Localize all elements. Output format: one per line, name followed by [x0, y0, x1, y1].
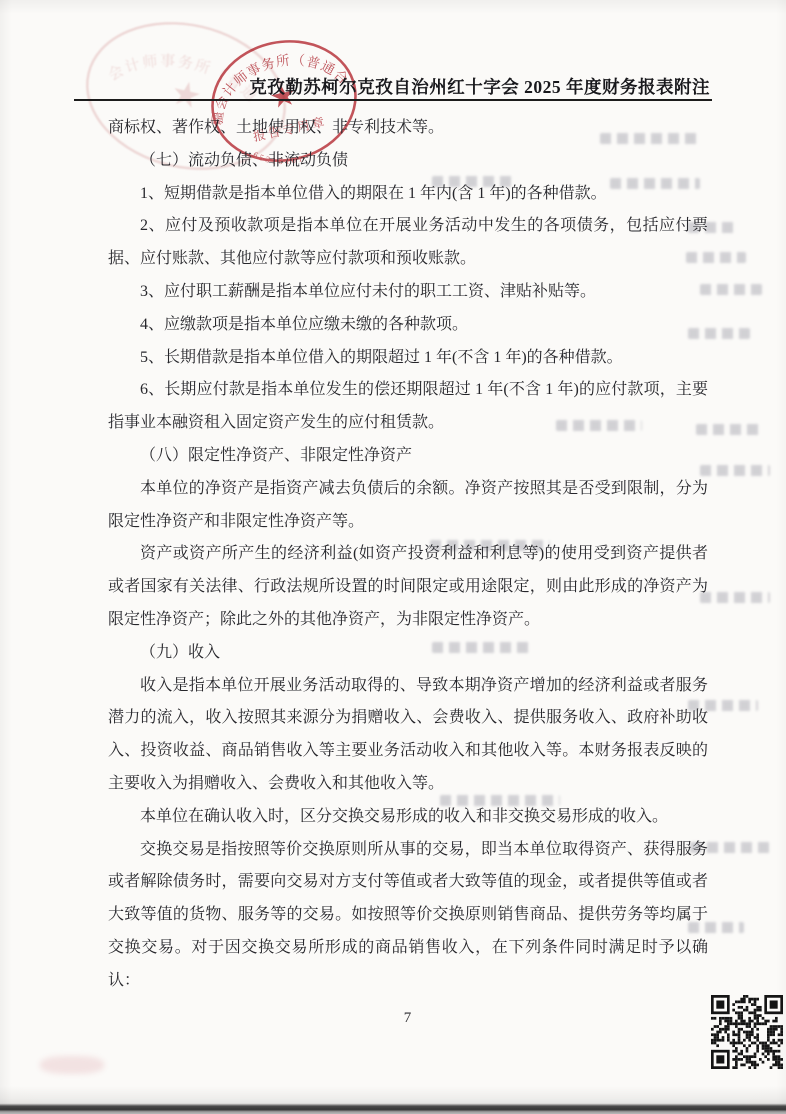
paragraph: 6、长期应付款是指本单位发生的偿还期限超过 1 年(不含 1 年)的应付款项，主… — [108, 374, 708, 440]
bleedthrough-smudge — [700, 465, 770, 476]
paragraph: 资产或资产所产生的经济利益(如资产投资利益和利息等)的使用受到资产提供者或者国家… — [108, 538, 708, 636]
bleedthrough-smudge — [700, 284, 762, 295]
document-body: 商标权、著作权、土地使用权、非专利技术等。 （七）流动负债、非流动负债 1、短期… — [108, 112, 708, 998]
star-icon: ★ — [167, 74, 205, 117]
paragraph: 4、应缴款项是指本单位应缴未缴的各种款项。 — [108, 309, 708, 342]
paragraph: 1、短期借款是指本单位借入的期限在 1 年内(含 1 年)的各种借款。 — [108, 178, 708, 211]
bleedthrough-smudge — [700, 592, 770, 603]
section-heading: （七）流动负债、非流动负债 — [108, 145, 708, 178]
paragraph: 5、长期借款是指本单位借入的期限超过 1 年(不含 1 年)的各种借款。 — [108, 342, 708, 375]
ink-smudge — [40, 1056, 104, 1074]
paragraph: 2、应付及预收款项是指本单位在开展业务活动中发生的各项债务，包括应付票据、应付账… — [108, 210, 708, 276]
paragraph: 收入是指本单位开展业务活动取得的、导致本期净资产增加的经济利益或者服务潜力的流入… — [108, 670, 708, 801]
paragraph: 3、应付职工薪酬是指本单位应付未付的职工工资、津贴补贴等。 — [108, 276, 708, 309]
header-rule — [74, 99, 712, 101]
scanned-document-page: 会计师事务所（普通 ★ 疆会计师事务所（普通合 ★ 报告专用章 65310101… — [0, 0, 786, 1114]
document-title: 克孜勒苏柯尔克孜自治州红十字会 2025 年度财务报表附注 — [249, 74, 710, 99]
section-heading: （九）收入 — [108, 637, 708, 670]
page-number: 7 — [108, 1010, 708, 1027]
paragraph: 交换交易是指按照等价交换原则所从事的交易，即当本单位取得资产、获得服务或者解除债… — [108, 834, 708, 998]
faint-seal-arc-text: 会计师事务所（普通 — [102, 37, 266, 117]
paragraph: 商标权、著作权、土地使用权、非专利技术等。 — [108, 112, 708, 145]
paragraph: 本单位在确认收入时，区分交换交易形成的收入和非交换交易形成的收入。 — [108, 801, 708, 834]
svg-text:会计师事务所（普通: 会计师事务所（普通 — [102, 37, 266, 117]
scanner-edge — [0, 1086, 786, 1114]
paragraph: 本单位的净资产是指资产减去负债后的余额。净资产按照其是否受到限制，分为限定性净资… — [108, 473, 708, 539]
qr-code — [711, 995, 783, 1069]
section-heading: （八）限定性净资产、非限定性净资产 — [108, 440, 708, 473]
